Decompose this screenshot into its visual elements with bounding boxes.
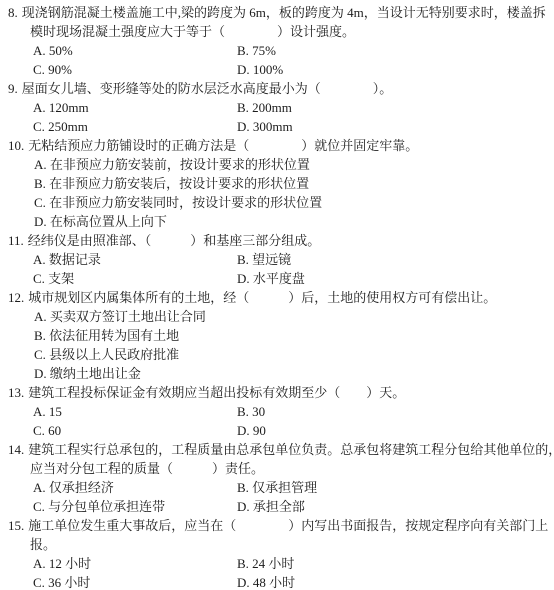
question-options: A. 12 小时B. 24 小时C. 36 小时D. 48 小时 [0,554,554,590]
option: C. 60 [33,421,237,440]
stem-line: 14.建筑工程实行总承包的，工程质量由总承包单位负责。总承包将建筑工程分包给其他… [0,440,554,459]
option: C. 支架 [33,269,237,288]
question-text: 施工单位发生重大事故后，应当在（ ）内写出书面报告，按规定程序向有关部门上 [28,518,548,533]
question-stem: 9.屋面女儿墙、变形缝等处的防水层泛水高度最小为（ ）。 [0,79,554,98]
question: 12.城市规划区内属集体所有的土地，经（ ）后，土地的使用权方可有偿出让。 A.… [0,288,554,383]
option: D. 90 [237,421,554,440]
question-number: 10. [8,136,24,155]
question-stem: 13.建筑工程投标保证金有效期应当超出投标有效期至少（ ）天。 [0,383,554,402]
option: B. 依法征用转为国有土地 [34,326,554,345]
stem-line: 11.经纬仪是由照准部、（ ）和基座三部分组成。 [0,231,554,250]
option: C. 36 小时 [33,573,237,590]
option: A. 仅承担经济 [33,478,237,497]
option: A. 15 [33,402,237,421]
stem-line: 10.无粘结预应力筋铺设时的正确方法是（ ）就位并固定牢靠。 [0,136,554,155]
option: D. 48 小时 [237,573,554,590]
question-options: A. 15B. 30C. 60D. 90 [0,402,554,440]
question-options: A. 仅承担经济B. 仅承担管理C. 与分包单位承担连带D. 承担全部 [0,478,554,516]
stem-line: 8.现浇钢筋混凝土楼盖施工中,梁的跨度为 6m，板的跨度为 4m，当设计无特别要… [0,3,554,22]
option: A. 数据记录 [33,250,237,269]
question-list: 8.现浇钢筋混凝土楼盖施工中,梁的跨度为 6m，板的跨度为 4m，当设计无特别要… [0,3,554,590]
option: D. 在标高位置从上向下 [34,212,554,231]
option: D. 水平度盘 [237,269,554,288]
question-stem: 12.城市规划区内属集体所有的土地，经（ ）后，土地的使用权方可有偿出让。 [0,288,554,307]
question-stem: 11.经纬仪是由照准部、（ ）和基座三部分组成。 [0,231,554,250]
option: B. 仅承担管理 [237,478,554,497]
question-number: 12. [8,288,24,307]
option: D. 缴纳土地出让金 [34,364,554,383]
stem-line: 应当对分包工程的质量（ ）责任。 [0,459,554,478]
question-text: 建筑工程投标保证金有效期应当超出投标有效期至少（ ）天。 [28,385,405,400]
question-options: A. 买卖双方签订土地出让合同B. 依法征用转为国有土地C. 县级以上人民政府批… [0,307,554,383]
stem-line: 12.城市规划区内属集体所有的土地，经（ ）后，土地的使用权方可有偿出让。 [0,288,554,307]
stem-line: 模时现场混凝土强度应大于等于（ ）设计强度。 [0,22,554,41]
question-number: 13. [8,383,24,402]
question-number: 11. [8,231,24,250]
stem-line: 15.施工单位发生重大事故后，应当在（ ）内写出书面报告，按规定程序向有关部门上 [0,516,554,535]
option: A. 在非预应力筋安装前，按设计要求的形状位置 [34,155,554,174]
option: B. 200mm [237,98,554,117]
exam-page: 8.现浇钢筋混凝土楼盖施工中,梁的跨度为 6m，板的跨度为 4m，当设计无特别要… [0,0,554,590]
question-text: 无粘结预应力筋铺设时的正确方法是（ ）就位并固定牢靠。 [28,138,418,153]
question-text: 屋面女儿墙、变形缝等处的防水层泛水高度最小为（ ）。 [22,81,393,96]
stem-line: 13.建筑工程投标保证金有效期应当超出投标有效期至少（ ）天。 [0,383,554,402]
question: 14.建筑工程实行总承包的，工程质量由总承包单位负责。总承包将建筑工程分包给其他… [0,440,554,516]
question: 9.屋面女儿墙、变形缝等处的防水层泛水高度最小为（ ）。 A. 120mmB. … [0,79,554,136]
question-options: A. 数据记录B. 望远镜C. 支架D. 水平度盘 [0,250,554,288]
question-text: 建筑工程实行总承包的，工程质量由总承包单位负责。总承包将建筑工程分包给其他单位的… [28,442,554,457]
question-stem: 14.建筑工程实行总承包的，工程质量由总承包单位负责。总承包将建筑工程分包给其他… [0,440,554,478]
option: D. 100% [237,60,554,79]
question-stem: 10.无粘结预应力筋铺设时的正确方法是（ ）就位并固定牢靠。 [0,136,554,155]
question-text: 经纬仪是由照准部、（ ）和基座三部分组成。 [28,233,321,248]
option: D. 300mm [237,117,554,136]
option: C. 90% [33,60,237,79]
option: B. 75% [237,41,554,60]
question: 10.无粘结预应力筋铺设时的正确方法是（ ）就位并固定牢靠。 A. 在非预应力筋… [0,136,554,231]
option: C. 与分包单位承担连带 [33,497,237,516]
question-number: 14. [8,440,24,459]
option: B. 30 [237,402,554,421]
option: B. 24 小时 [237,554,554,573]
option: D. 承担全部 [237,497,554,516]
option: C. 县级以上人民政府批准 [34,345,554,364]
question-stem: 15.施工单位发生重大事故后，应当在（ ）内写出书面报告，按规定程序向有关部门上… [0,516,554,554]
question-text: 城市规划区内属集体所有的土地，经（ ）后，土地的使用权方可有偿出让。 [28,290,496,305]
option: A. 买卖双方签订土地出让合同 [34,307,554,326]
question: 13.建筑工程投标保证金有效期应当超出投标有效期至少（ ）天。 A. 15B. … [0,383,554,440]
question: 15.施工单位发生重大事故后，应当在（ ）内写出书面报告，按规定程序向有关部门上… [0,516,554,590]
question-number: 9. [8,79,18,98]
question-options: A. 50%B. 75%C. 90%D. 100% [0,41,554,79]
option: C. 在非预应力筋安装同时，按设计要求的形状位置 [34,193,554,212]
question-options: A. 在非预应力筋安装前，按设计要求的形状位置B. 在非预应力筋安装后，按设计要… [0,155,554,231]
question-number: 15. [8,516,24,535]
option: C. 250mm [33,117,237,136]
question: 8.现浇钢筋混凝土楼盖施工中,梁的跨度为 6m，板的跨度为 4m，当设计无特别要… [0,3,554,79]
question-options: A. 120mmB. 200mmC. 250mmD. 300mm [0,98,554,136]
question: 11.经纬仪是由照准部、（ ）和基座三部分组成。 A. 数据记录B. 望远镜C.… [0,231,554,288]
question-text: 现浇钢筋混凝土楼盖施工中,梁的跨度为 6m，板的跨度为 4m，当设计无特别要求时… [22,5,546,20]
stem-line: 9.屋面女儿墙、变形缝等处的防水层泛水高度最小为（ ）。 [0,79,554,98]
option: A. 120mm [33,98,237,117]
question-stem: 8.现浇钢筋混凝土楼盖施工中,梁的跨度为 6m，板的跨度为 4m，当设计无特别要… [0,3,554,41]
option: B. 在非预应力筋安装后，按设计要求的形状位置 [34,174,554,193]
option: A. 12 小时 [33,554,237,573]
option: A. 50% [33,41,237,60]
option: B. 望远镜 [237,250,554,269]
stem-line: 报。 [0,535,554,554]
question-number: 8. [8,3,18,22]
